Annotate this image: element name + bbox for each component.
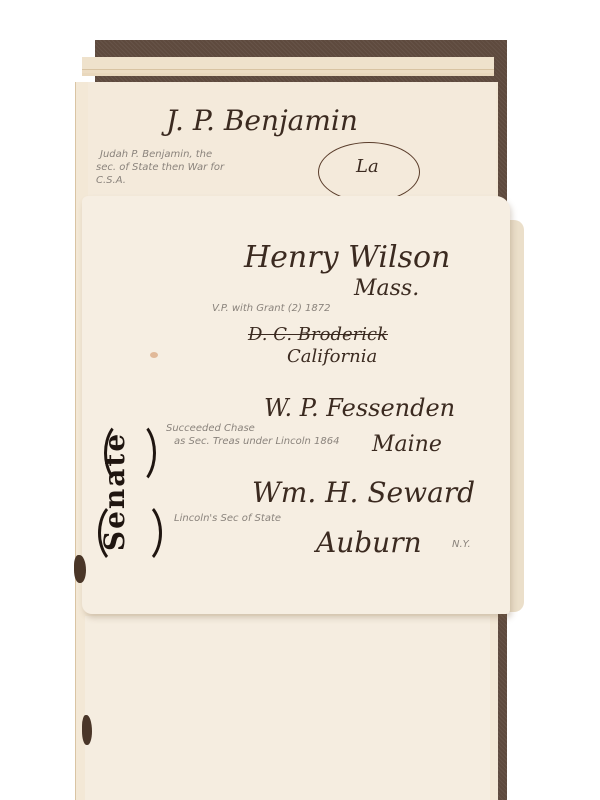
foxing-spot — [150, 352, 158, 358]
ink-stain — [74, 555, 86, 583]
signature-seward: Wm. H. Seward — [252, 476, 475, 509]
state-seward: Auburn — [316, 526, 422, 559]
blank-lower-page — [85, 616, 490, 800]
signature-broderick: D. C. Broderick — [248, 324, 388, 345]
ink-stain — [82, 715, 92, 745]
senate-heading-text: Senate — [98, 432, 131, 551]
annotation-fessenden-2: as Sec. Treas under Lincoln 1864 — [174, 435, 340, 448]
annotation-wilson: V.P. with Grant (2) 1872 — [212, 302, 331, 315]
signature-fessenden: W. P. Fessenden — [264, 394, 455, 422]
state-fessenden: Maine — [372, 432, 442, 457]
annotation-benjamin-3: C.S.A. — [96, 174, 126, 187]
album-page-edges — [82, 57, 494, 70]
state-suffix-seward: N.Y. — [452, 538, 471, 551]
signature-paraph: La — [356, 156, 379, 177]
annotation-benjamin-1: Judah P. Benjamin, the — [100, 148, 212, 161]
senate-heading: Senate — [100, 420, 150, 560]
signature-wilson: Henry Wilson — [244, 240, 450, 275]
state-wilson: Mass. — [354, 276, 419, 301]
signature-benjamin: J. P. Benjamin — [166, 104, 358, 137]
annotation-fessenden-1: Succeeded Chase — [166, 422, 255, 435]
annotation-seward: Lincoln's Sec of State — [174, 512, 281, 525]
state-broderick: California — [287, 346, 377, 367]
annotation-benjamin-2: sec. of State then War for — [96, 161, 224, 174]
